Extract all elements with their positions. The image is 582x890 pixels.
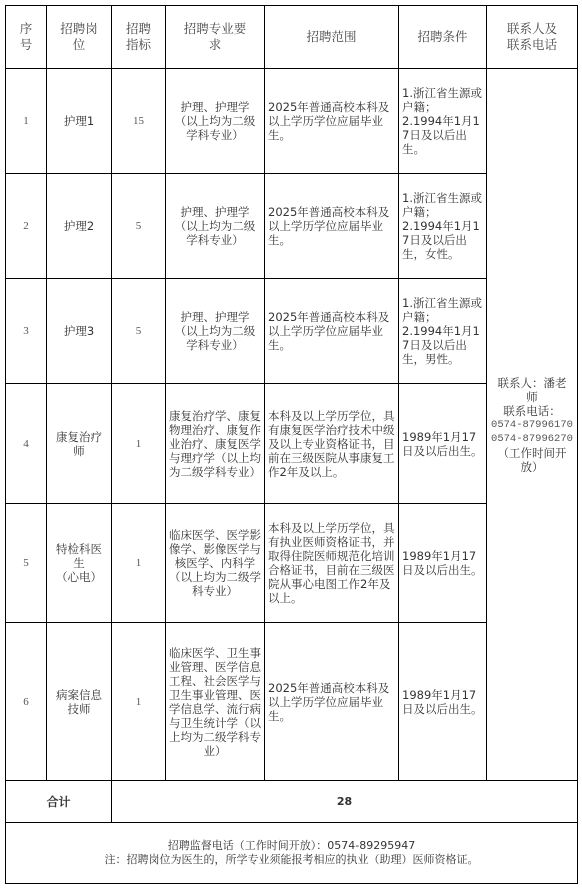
cell-quota: 1 (112, 623, 166, 781)
header-position: 招聘岗 位 (47, 6, 112, 69)
cell-scope: 2025年普通高校本科及以上学历学位应届毕业生。 (265, 279, 399, 384)
contact-phone-1: 0574-87996170 (490, 418, 574, 432)
cell-conditions: 1989年1月17日及以后出生。 (399, 384, 487, 504)
cell-major: 护理、护理学 （以上均为二级 学科专业） (166, 174, 265, 279)
table-header-row: 序 号 招聘岗 位 招聘 指标 招聘专业要 求 招聘范围 招聘条件 联系人及 联… (6, 6, 578, 69)
cell-position: 特检科医 生 （心电） (47, 504, 112, 623)
cell-major: 临床医学、卫生事业管理、医学信息工程、社会医学与卫生事业管理、医学信息学、流行病… (166, 623, 265, 781)
cell-conditions: 1989年1月17日及以后出生。 (399, 623, 487, 781)
note-text: 注：招聘岗位为医生的，所学专业须能报考相应的执业（助理）医师资格证。 (9, 853, 574, 867)
cell-conditions: 1.浙江省生源或户籍； 2.1994年1月17日及以后出生，男性。 (399, 279, 487, 384)
cell-quota: 1 (112, 504, 166, 623)
cell-quota: 15 (112, 69, 166, 174)
recruitment-table: 序 号 招聘岗 位 招聘 指标 招聘专业要 求 招聘范围 招聘条件 联系人及 联… (5, 5, 578, 884)
cell-position: 康复治疗 师 (47, 384, 112, 504)
contact-phone-label: 联系电话： (490, 404, 574, 418)
header-scope: 招聘范围 (265, 6, 399, 69)
cell-quota: 5 (112, 174, 166, 279)
cell-scope: 2025年普通高校本科及以上学历学位应届毕业生。 (265, 69, 399, 174)
cell-seq: 2 (6, 174, 47, 279)
cell-quota: 5 (112, 279, 166, 384)
total-row: 合计 28 (6, 781, 578, 823)
cell-conditions: 1.浙江省生源或户籍； 2.1994年1月17日及以后出生，女性。 (399, 174, 487, 279)
cell-scope: 2025年普通高校本科及以上学历学位应届毕业生。 (265, 623, 399, 781)
contact-person: 联系人：潘老 师 (490, 376, 574, 404)
cell-major: 临床医学、医学影像学、影像医学与核医学、内科学（以上均为二级学科专业） (166, 504, 265, 623)
contact-phone-2: 0574-87996270 (490, 432, 574, 446)
cell-seq: 4 (6, 384, 47, 504)
total-value: 28 (112, 781, 578, 823)
header-quota: 招聘 指标 (112, 6, 166, 69)
notes-cell: 招聘监督电话（工作时间开放）：0574-89295947 注：招聘岗位为医生的，… (6, 823, 578, 884)
cell-contact: 联系人：潘老 师 联系电话： 0574-87996170 0574-879962… (487, 69, 578, 781)
header-seq: 序 号 (6, 6, 47, 69)
cell-conditions: 1.浙江省生源或户籍； 2.1994年1月17日及以后出生。 (399, 69, 487, 174)
cell-seq: 3 (6, 279, 47, 384)
contact-hours: （工作时间开 放） (490, 446, 574, 474)
cell-major: 康复治疗学、康复物理治疗、康复作业治疗、康复医学与理疗学（以上均为二级学科专业） (166, 384, 265, 504)
cell-major: 护理、护理学 （以上均为二级 学科专业） (166, 279, 265, 384)
cell-position: 病案信息 技师 (47, 623, 112, 781)
cell-position: 护理2 (47, 174, 112, 279)
cell-scope: 2025年普通高校本科及以上学历学位应届毕业生。 (265, 174, 399, 279)
table-row: 1 护理1 15 护理、护理学 （以上均为二级 学科专业） 2025年普通高校本… (6, 69, 578, 174)
cell-conditions: 1989年1月17日及以后出生。 (399, 504, 487, 623)
cell-quota: 1 (112, 384, 166, 504)
cell-scope: 本科及以上学历学位，具有执业医师资格证书，并取得住院医师规范化培训合格证书，目前… (265, 504, 399, 623)
cell-seq: 1 (6, 69, 47, 174)
header-major: 招聘专业要 求 (166, 6, 265, 69)
cell-seq: 6 (6, 623, 47, 781)
cell-position: 护理1 (47, 69, 112, 174)
notes-row: 招聘监督电话（工作时间开放）：0574-89295947 注：招聘岗位为医生的，… (6, 823, 578, 884)
cell-scope: 本科及以上学历学位，具有康复医学治疗技术中级及以上专业资格证书，目前在三级医院从… (265, 384, 399, 504)
header-conditions: 招聘条件 (399, 6, 487, 69)
cell-position: 护理3 (47, 279, 112, 384)
cell-major: 护理、护理学 （以上均为二级 学科专业） (166, 69, 265, 174)
header-contact: 联系人及 联系电话 (487, 6, 578, 69)
cell-seq: 5 (6, 504, 47, 623)
supervision-phone: 招聘监督电话（工作时间开放）：0574-89295947 (9, 839, 574, 853)
total-label: 合计 (6, 781, 112, 823)
